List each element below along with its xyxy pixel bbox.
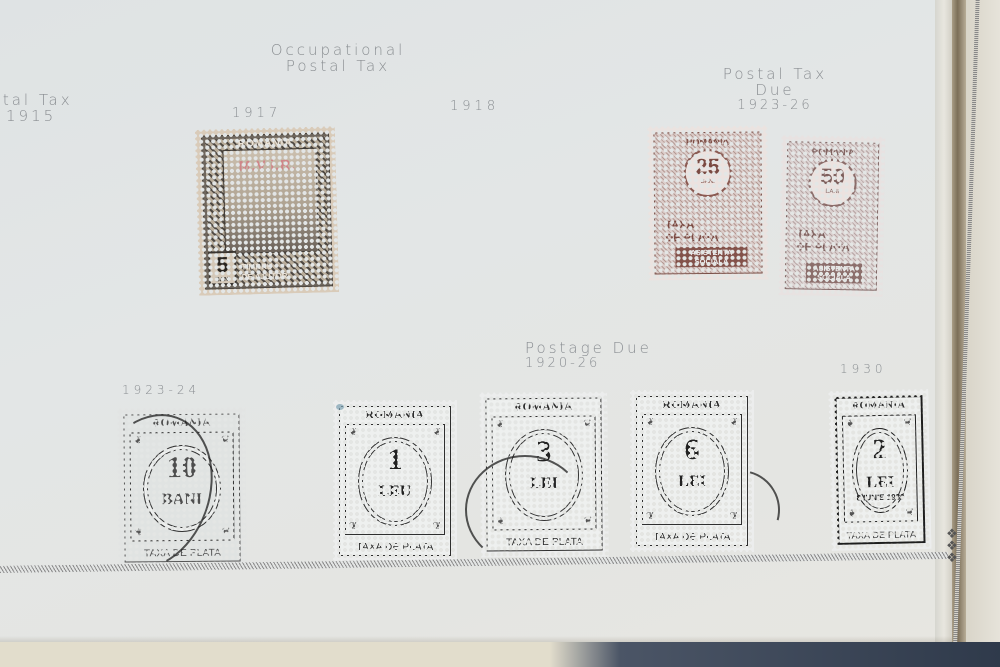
scroll-ornament-icon: ❦ <box>496 516 504 527</box>
stamp-design: ROMANIA ❦ ❦ ❦ ❦ 6 LEI TAXA DE PLATA <box>636 396 748 546</box>
caption-year-1930: 1930 <box>840 361 887 377</box>
tax-line: TAXA <box>665 219 718 232</box>
scroll-ornament-icon: ❦ <box>730 511 738 522</box>
stamp-unit: LEU <box>346 483 444 501</box>
stamp-design: ROMANIA 50 BANI TAXA DE PLATA ASISTENTA … <box>785 141 880 291</box>
stamp-design: ROMANIA ❦ ❦ ❦ ❦ 10 BANI TAXA DE PLATA <box>123 413 240 562</box>
stamp-country: ROMANIA <box>654 137 760 148</box>
tax-line: DE PLATA <box>796 241 850 255</box>
stamp-country: ROMANIA <box>124 417 238 430</box>
stamp-unit: LEI <box>643 473 741 491</box>
stamp-inner-frame: ❦ ❦ ❦ ❦ 6 LEI <box>642 414 742 525</box>
stamp-band: ASISTENTA SOCIALA <box>806 263 862 284</box>
stamp-unit: BANI <box>810 189 854 196</box>
stamp-bottom-label: TAXA DE PLATA <box>488 537 602 549</box>
stamp-postage-due-3-lei: ROMANIA ❦ ❦ ❦ ❦ 3 LEI TAXA DE PLATA <box>479 391 608 557</box>
scroll-ornament-icon: ❦ <box>848 509 857 520</box>
stamp-bottom-label: TAXA DE PLATA <box>637 532 747 543</box>
stamp-design: ROMANIA 25 BANI TAXA DE PLATA ASISTENTA … <box>653 132 762 275</box>
stamp-inner-frame: ❦ ❦ ❦ ❦ 10 BANI <box>130 432 235 542</box>
scroll-ornament-icon: ❦ <box>496 419 504 430</box>
caption-occupational-postal-tax: Occupational Postal Tax <box>238 42 438 74</box>
stamp-value-circle: 25 BANI <box>684 149 732 197</box>
caption-year-1923-24: 1923-24 <box>122 382 200 398</box>
scroll-ornament-icon: ❦ <box>134 527 142 538</box>
ink-stain <box>336 404 344 410</box>
stamp-postage-due-10-bani: ROMANIA ❦ ❦ ❦ ❦ 10 BANI TAXA DE PLATA <box>117 407 246 568</box>
stamp-unit: BANI <box>131 491 233 510</box>
scroll-ornament-icon: ❦ <box>646 417 654 428</box>
stamp-country: ROMANIA <box>637 399 747 411</box>
stamp-unit: LEI <box>844 473 916 493</box>
scroll-ornament-icon: ❦ <box>583 419 591 430</box>
caption-year-1917: 1917 <box>232 106 281 122</box>
stamp-postage-due-6-lei: ROMANIA ❦ ❦ ❦ ❦ 6 LEI TAXA DE PLATA <box>630 390 754 552</box>
stamp-unit: LEI <box>493 475 595 494</box>
stamp-design: ROMANIA M.V.i.R. 5 BANI TIMBRU DE AJUTOR <box>201 132 333 289</box>
stamp-occupational-5-bani: ROMANIA M.V.i.R. 5 BANI TIMBRU DE AJUTOR <box>195 126 339 296</box>
scroll-ornament-icon: ❦ <box>221 435 229 446</box>
caption-postage-due: Postage Due 1920-26 <box>525 340 705 372</box>
stamp-tax-due-50-bani: ROMANIA 50 BANI TAXA DE PLATA ASISTENTA … <box>779 135 886 297</box>
stamp-tax-label: TAXA DE PLATA <box>796 228 850 255</box>
stamp-bottom-label: TAXA DE PLATA <box>839 529 923 541</box>
stamp-value: 1 <box>346 443 444 477</box>
band-line: SOCIALA <box>675 257 747 267</box>
stamp-inner-frame: ❦ ❦ ❦ ❦ 2 LEI 8 IUNIE 1930 <box>842 414 918 523</box>
scroll-ornament-icon: ❦ <box>222 527 230 538</box>
stamp-postage-due-1-leu: ROMANIA ❦ ❦ ❦ ❦ 1 LEU TAXA DE PLATA <box>333 400 457 562</box>
caption-postal-tax-due: Postal Tax Due 1923-26 <box>690 66 860 114</box>
tax-line: DE PLATA <box>665 232 718 245</box>
stamp-design: ROMANIA ❦ ❦ ❦ ❦ 2 LEI 8 IUNIE 1930 TAXA … <box>834 395 925 545</box>
stamp-value: 3 <box>493 435 595 470</box>
stamp-country: ROMANIA <box>837 399 921 412</box>
stamp-overprint: 8 IUNIE 1930 <box>844 492 916 503</box>
scroll-ornament-icon: ❦ <box>846 419 855 430</box>
stamp-design: ROMANIA ❦ ❦ ❦ ❦ 1 LEU TAXA DE PLATA <box>339 406 451 556</box>
scroll-ornament-icon: ❦ <box>905 507 914 518</box>
stamp-country: ROMANIA <box>788 146 878 158</box>
band-line: ASISTENTA <box>806 264 862 274</box>
stamp-overprint: M.V.i.R. <box>239 156 297 173</box>
stamp-inner-frame: ❦ ❦ ❦ ❦ 3 LEI <box>491 416 596 531</box>
stamp-bottom-label: TAXA DE PLATA <box>126 548 240 560</box>
caption-line: 1915 <box>0 108 73 124</box>
scroll-ornament-icon: ❦ <box>584 516 592 527</box>
caption-line: Occupational <box>238 42 438 58</box>
stamp-postage-due-2-lei-1930: ROMANIA ❦ ❦ ❦ ❦ 2 LEI 8 IUNIE 1930 TAXA … <box>828 389 931 551</box>
stamp-value-box: 5 BANI <box>208 251 237 286</box>
scroll-ornament-icon: ❦ <box>349 427 357 438</box>
stamp-bottom-label: TAXA DE PLATA <box>340 542 450 553</box>
scroll-ornament-icon: ❦ <box>134 435 142 446</box>
band-line: SOCIALA <box>806 273 862 283</box>
caption-line: 1920-26 <box>525 356 705 372</box>
stamp-tax-due-25-bani: ROMANIA 25 BANI TAXA DE PLATA ASISTENTA … <box>647 125 768 280</box>
stamp-value-circle: 50 BANI <box>808 159 857 208</box>
table-surface <box>0 642 1000 667</box>
stamp-value: 6 <box>643 433 741 467</box>
caption-postal-tax-1915: stal Tax 1915 <box>0 92 73 124</box>
stamp-country: ROMANIA <box>486 401 600 414</box>
caption-line: Postage Due <box>525 340 705 356</box>
stamp-country: ROMANIA <box>340 409 450 421</box>
caption-line: Postal Tax <box>690 66 860 82</box>
stamp-value: 5 <box>210 253 235 278</box>
tax-line: TAXA <box>797 228 851 242</box>
corner-ornament-icon: ❖ ❖ ❖ <box>940 528 964 576</box>
stamp-caption: TIMBRU DE AJUTOR <box>241 260 325 282</box>
caption-line: 1923-26 <box>690 98 860 114</box>
stamp-value: 10 <box>131 451 233 486</box>
stamp-inner-frame: ❦ ❦ ❦ ❦ 1 LEU <box>345 424 445 535</box>
caption-line: Postal Tax <box>238 58 438 74</box>
scroll-ornament-icon: ❦ <box>646 511 654 522</box>
caption-line: Due <box>690 82 860 98</box>
scroll-ornament-icon: ❦ <box>730 417 738 428</box>
stamp-unit: BANI <box>211 277 235 284</box>
stamp-unit: BANI <box>686 179 730 185</box>
scroll-ornament-icon: ❦ <box>349 521 357 532</box>
facing-page <box>966 0 1000 667</box>
ornament-glyph: ❖ <box>940 552 964 564</box>
scroll-ornament-icon: ❦ <box>433 427 441 438</box>
caption-line: stal Tax <box>0 92 73 108</box>
scroll-ornament-icon: ❦ <box>904 417 913 428</box>
caption-year-1918: 1918 <box>450 99 499 115</box>
stamp-tax-label: TAXA DE PLATA <box>665 219 719 245</box>
stamp-value: 2 <box>843 433 916 467</box>
stamp-design: ROMANIA ❦ ❦ ❦ ❦ 3 LEI TAXA DE PLATA <box>485 397 602 551</box>
stamp-band: ASISTENTA SOCIALA <box>675 247 747 268</box>
scroll-ornament-icon: ❦ <box>433 521 441 532</box>
